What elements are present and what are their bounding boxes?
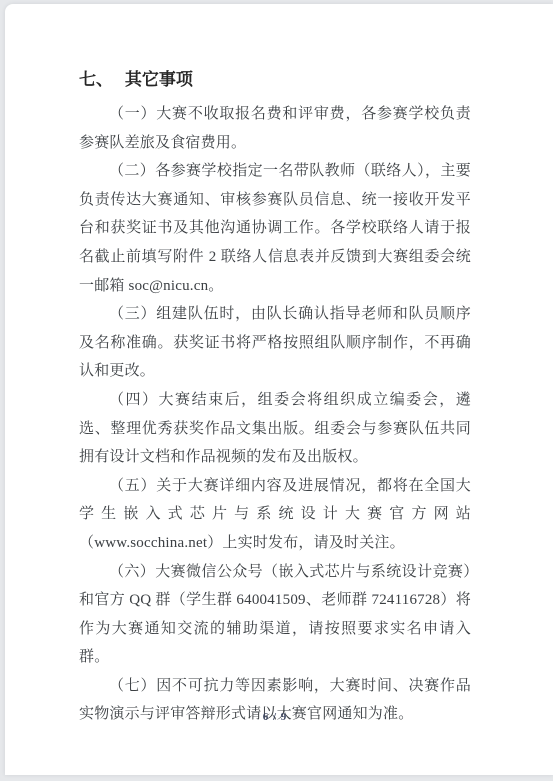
paragraph-6: （六）大赛微信公众号（嵌入式芯片与系统设计竞赛）和官方 QQ 群（学生群 640… — [79, 558, 471, 672]
paragraph-5: （五）关于大赛详细内容及进展情况，都将在全国大学生嵌入式芯片与系统设计大赛官方网… — [79, 472, 471, 558]
section-heading: 七、 其它事项 — [79, 68, 471, 92]
paragraph-4: （四）大赛结束后，组委会将组织成立编委会，遴选、整理优秀获奖作品文集出版。组委会… — [79, 386, 471, 472]
page-content: 七、 其它事项 （一）大赛不收取报名费和评审费，各参赛学校负责参赛队差旅及食宿费… — [79, 68, 471, 729]
paragraph-3: （三）组建队伍时，由队长确认指导老师和队员顺序及名称准确。获奖证书将严格按照组队… — [79, 300, 471, 386]
document-page: 七、 其它事项 （一）大赛不收取报名费和评审费，各参赛学校负责参赛队差旅及食宿费… — [5, 4, 553, 775]
paragraph-2: （二）各参赛学校指定一名带队教师（联络人），主要负责传达大赛通知、审核参赛队员信… — [79, 157, 471, 300]
page-number: 6 / 9 — [79, 711, 471, 723]
document-viewer: 七、 其它事项 （一）大赛不收取报名费和评审费，各参赛学校负责参赛队差旅及食宿费… — [0, 0, 553, 781]
paragraph-1: （一）大赛不收取报名费和评审费，各参赛学校负责参赛队差旅及食宿费用。 — [79, 100, 471, 157]
